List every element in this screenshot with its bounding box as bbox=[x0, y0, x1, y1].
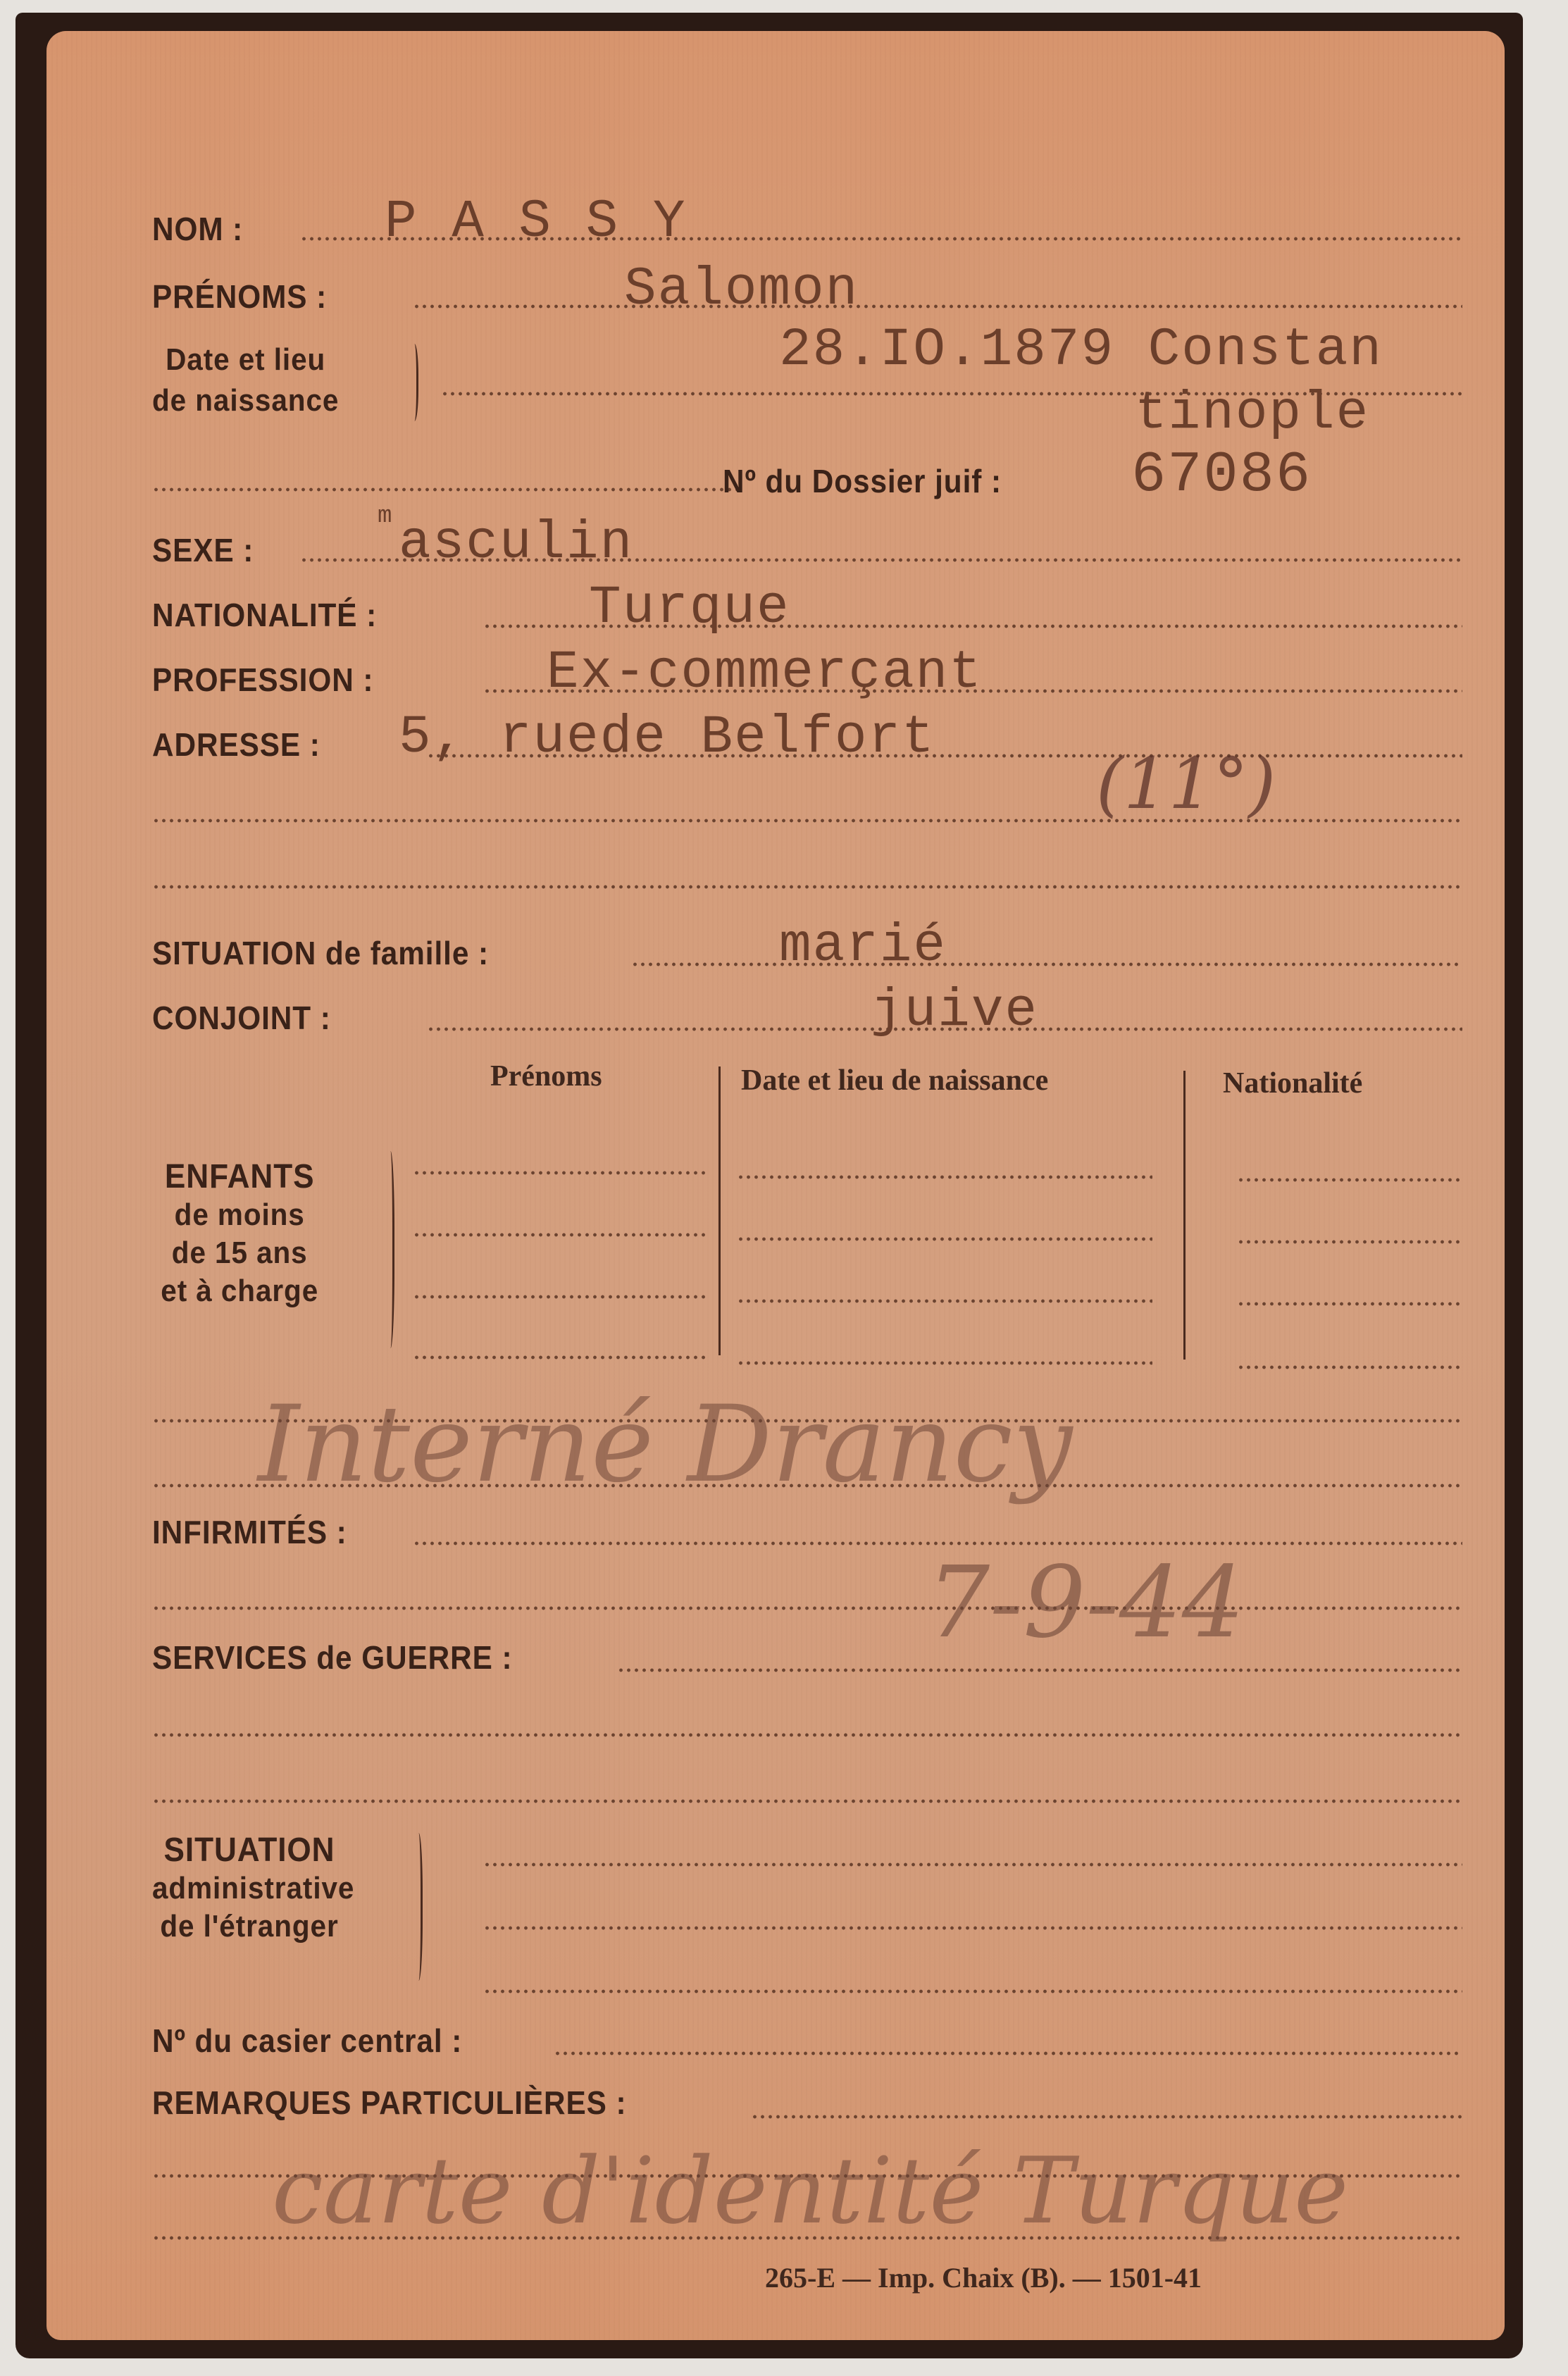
naissance-label-line1: Date et lieu bbox=[152, 340, 339, 380]
situation-admin-label-line2: administrative bbox=[152, 1870, 347, 1908]
sexe-label: SEXE : bbox=[152, 531, 254, 569]
enfants-label-line4: et à charge bbox=[152, 1272, 327, 1310]
profession-value: Ex-commerçant bbox=[547, 642, 983, 703]
nationalite-value: Turque bbox=[589, 578, 790, 638]
casier-dotted-line bbox=[554, 2051, 1462, 2055]
enfant-row-4-naissance bbox=[737, 1361, 1152, 1365]
dossier-label: Nº du Dossier juif : bbox=[723, 462, 1002, 500]
adresse-arrondissement-note: (11°) bbox=[1096, 742, 1276, 825]
situation-famille-dotted-line bbox=[631, 962, 1462, 966]
printer-footer: 265-E — Imp. Chaix (B). — 1501-41 bbox=[765, 2261, 1202, 2294]
infirmites-label: INFIRMITÉS : bbox=[152, 1513, 347, 1551]
enfants-col-divider-2 bbox=[1183, 1071, 1186, 1360]
situation-admin-label-line3: de l'étranger bbox=[152, 1908, 347, 1946]
situation-admin-dotted-line-1 bbox=[483, 1862, 1462, 1867]
adresse-dotted-line-3 bbox=[152, 885, 1462, 889]
naissance-value-line2: tinople bbox=[1135, 383, 1369, 444]
nom-label: NOM : bbox=[152, 210, 243, 248]
handwritten-remarque: carte d'identité Turque bbox=[272, 2137, 1348, 2244]
enfant-row-1-prenoms bbox=[413, 1171, 709, 1175]
enfants-col-divider-1 bbox=[718, 1066, 721, 1355]
situation-admin-brace bbox=[413, 1833, 423, 1981]
conjoint-label: CONJOINT : bbox=[152, 999, 331, 1037]
enfant-row-2-naissance bbox=[737, 1237, 1152, 1241]
enfants-col-naissance: Date et lieu de naissance bbox=[741, 1064, 1048, 1097]
registration-card: NOM : P A S S Y PRÉNOMS : Salomon Date e… bbox=[46, 31, 1505, 2340]
enfant-row-4-nationalite bbox=[1237, 1365, 1462, 1369]
enfants-brace bbox=[385, 1151, 394, 1348]
prenoms-dotted-line bbox=[413, 304, 1462, 309]
enfants-label-line1: ENFANTS bbox=[152, 1158, 327, 1196]
nom-value: P A S S Y bbox=[385, 192, 686, 252]
remarques-label: REMARQUES PARTICULIÈRES : bbox=[152, 2084, 627, 2122]
dossier-value: 67086 bbox=[1131, 442, 1312, 508]
enfant-row-1-nationalite bbox=[1237, 1178, 1462, 1182]
nationalite-label: NATIONALITÉ : bbox=[152, 596, 377, 634]
enfants-col-prenoms: Prénoms bbox=[490, 1059, 602, 1093]
infirmites-dotted-line-2 bbox=[152, 1606, 1462, 1610]
adresse-value: 5, ruede Belfort bbox=[399, 707, 935, 768]
services-guerre-dotted-line-3 bbox=[152, 1799, 1462, 1803]
prenoms-value: Salomon bbox=[624, 259, 859, 320]
enfants-label-line3: de 15 ans bbox=[152, 1234, 327, 1272]
profession-label: PROFESSION : bbox=[152, 661, 373, 699]
naissance-label-line2: de naissance bbox=[152, 380, 339, 421]
enfant-row-3-nationalite bbox=[1237, 1302, 1462, 1306]
conjoint-value: juive bbox=[871, 981, 1038, 1041]
sexe-value: asculin bbox=[399, 513, 633, 573]
enfant-row-3-prenoms bbox=[413, 1295, 709, 1299]
adresse-label: ADRESSE : bbox=[152, 726, 321, 764]
enfants-col-nationalite: Nationalité bbox=[1223, 1066, 1362, 1100]
dossier-dotted-line bbox=[152, 487, 737, 492]
naissance-label: Date et lieu de naissance bbox=[152, 340, 339, 421]
enfant-row-2-prenoms bbox=[413, 1233, 709, 1237]
naissance-brace bbox=[409, 344, 418, 421]
casier-label: Nº du casier central : bbox=[152, 2022, 462, 2060]
adresse-dotted-line-2 bbox=[152, 819, 1462, 823]
sexe-value-prefix: m bbox=[378, 503, 393, 530]
enfant-row-4-prenoms bbox=[413, 1355, 709, 1360]
handwritten-interne-drancy: Interné Drancy bbox=[258, 1383, 1072, 1506]
situation-famille-value: marié bbox=[779, 916, 947, 976]
situation-admin-label-line1: SITUATION bbox=[152, 1831, 347, 1870]
situation-admin-dotted-line-2 bbox=[483, 1926, 1462, 1930]
services-guerre-dotted-line-2 bbox=[152, 1733, 1462, 1737]
naissance-value-line1: 28.IO.1879 Constan bbox=[779, 320, 1383, 380]
services-guerre-dotted-line bbox=[617, 1668, 1462, 1672]
situation-admin-label: SITUATION administrative de l'étranger bbox=[152, 1831, 347, 1946]
situation-famille-label: SITUATION de famille : bbox=[152, 934, 489, 972]
enfant-row-2-nationalite bbox=[1237, 1240, 1462, 1244]
enfants-label: ENFANTS de moins de 15 ans et à charge bbox=[152, 1158, 327, 1310]
situation-admin-dotted-line-3 bbox=[483, 1989, 1462, 1994]
remarques-dotted-line bbox=[751, 2115, 1462, 2119]
enfants-label-line2: de moins bbox=[152, 1196, 327, 1234]
services-guerre-label: SERVICES de GUERRE : bbox=[152, 1638, 512, 1677]
handwritten-date: 7-9-44 bbox=[927, 1545, 1245, 1660]
prenoms-label: PRÉNOMS : bbox=[152, 278, 327, 316]
enfant-row-3-naissance bbox=[737, 1299, 1152, 1303]
enfant-row-1-naissance bbox=[737, 1175, 1152, 1179]
